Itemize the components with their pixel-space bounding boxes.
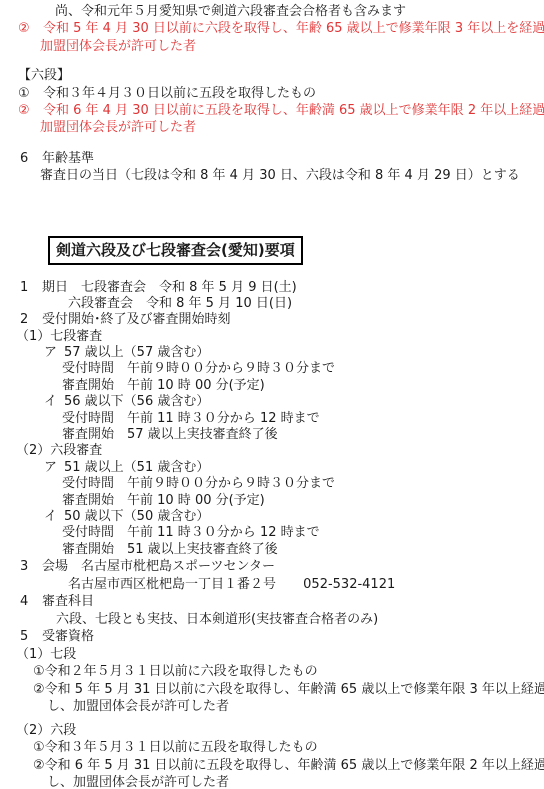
rokudan-group-i-reception-time: 受付時間 午前 11 時３０分から 12 時まで xyxy=(0,525,544,541)
section-number-5: 5 xyxy=(20,628,42,646)
eligibility-rokudan-item2-line2: し、加盟団体会長が許可した者 xyxy=(0,774,544,789)
eligibility-rokudan-item2-line1: ②令和 6 年 5 月 31 日以前に五段を取得し、年齢満 65 歳以上で修業年… xyxy=(0,757,544,775)
rokudan-item2-line2: 加盟団体会長が許可した者 xyxy=(0,119,544,136)
rokudan-group-i-age-text: 50 歳以下（50 歳含む） xyxy=(64,509,209,525)
age-standard-title: 年齢基準 xyxy=(42,150,94,167)
rokudan-item2-line1: 令和 6 年 4 月 30 日以前に五段を取得し、年齢満 65 歳以上で修業年限… xyxy=(43,102,544,119)
schedule-line1: 期日 七段審査会 令和 8 年 5 月 9 日(土) xyxy=(42,280,297,296)
venue-line1: 会場 名古屋市枇杷島スポーツセンター xyxy=(42,558,275,576)
section-number-3: 3 xyxy=(20,558,42,576)
kana-i-marker: イ xyxy=(44,394,64,410)
nanadan-item2-line2: 加盟団体会長が許可した者 xyxy=(0,38,544,55)
rokudan-group-i-age: イ 50 歳以下（50 歳含む） xyxy=(0,509,544,525)
section-number-1: 1 xyxy=(20,280,42,296)
rokudan-heading: 【六段】 xyxy=(0,67,544,84)
nanadan-condition-item-2: ② 令和 5 年 4 月 30 日以前に六段を取得し、年齢 65 歳以上で修業年… xyxy=(0,20,544,37)
venue-heading: 3 会場 名古屋市枇杷島スポーツセンター xyxy=(0,558,544,576)
circled-1-marker: ① xyxy=(18,85,43,102)
reception-heading: 2 受付開始･終了及び審査開始時刻 xyxy=(0,312,544,328)
nanadan-exam-subheading: （1）七段審査 xyxy=(0,329,544,345)
schedule-line2: 六段審査会 令和 8 年 5 月 10 日(日) xyxy=(0,296,544,312)
nanadan-group-a-exam-start: 審査開始 午前 10 時 00 分(予定) xyxy=(0,378,544,394)
venue-address: 名古屋市西区枇杷島一丁目１番２号 xyxy=(68,577,276,592)
eligibility-title: 受審資格 xyxy=(42,628,94,646)
age-standard-body: 審査日の当日（七段は令和 8 年 4 月 30 日、六段は令和 8 年 4 月 … xyxy=(0,167,544,184)
venue-phone: 052-532-4121 xyxy=(303,577,395,592)
circled-2-marker: ② xyxy=(18,102,43,119)
eligibility-nanadan-subheading: （1）七段 xyxy=(0,646,544,664)
subjects-heading: 4 審査科目 xyxy=(0,593,544,611)
rokudan-exam-subheading: （2）六段審査 xyxy=(0,443,544,459)
rokudan-group-a-age: ア 51 歳以上（51 歳含む） xyxy=(0,460,544,476)
subjects-body: 六段、七段とも実技、日本剣道形(実技審査合格者のみ) xyxy=(0,611,544,629)
reception-title: 受付開始･終了及び審査開始時刻 xyxy=(42,312,231,328)
eligibility-nanadan-item1: ①令和２年５月３１日以前に六段を取得したもの xyxy=(0,663,544,681)
eligibility-rokudan-item1: ①令和３年５月３１日以前に五段を取得したもの xyxy=(0,739,544,757)
subjects-title: 審査科目 xyxy=(42,593,94,611)
kana-a-marker: ア xyxy=(44,460,64,476)
nanadan-group-i-age: イ 56 歳以下（56 歳含む） xyxy=(0,394,544,410)
section-number-6: 6 xyxy=(20,150,42,167)
kana-i-marker: イ xyxy=(44,509,64,525)
venue-address-line: 名古屋市西区枇杷島一丁目１番２号 052-532-4121 xyxy=(0,576,544,594)
age-standard-heading: 6 年齢基準 xyxy=(0,150,544,167)
notice-body-section: 1 期日 七段審査会 令和 8 年 5 月 9 日(土) 六段審査会 令和 8 … xyxy=(0,280,544,559)
eligibility-nanadan-item2-line1: ②令和 5 年 5 月 31 日以前に六段を取得し、年齢満 65 歳以上で修業年… xyxy=(0,681,544,699)
nanadan-group-i-age-text: 56 歳以下（56 歳含む） xyxy=(64,394,209,410)
eligibility-rokudan-subheading: （2）六段 xyxy=(0,722,544,740)
rokudan-group-a-exam-start: 審査開始 午前 10 時 00 分(予定) xyxy=(0,493,544,509)
nanadan-group-a-age-text: 57 歳以上（57 歳含む） xyxy=(64,345,209,361)
nanadan-note-line: 尚、令和元年５月愛知県で剣道六段審査会合格者も含みます xyxy=(0,3,544,20)
nanadan-group-a-reception-time: 受付時間 午前９時００分から９時３０分まで xyxy=(0,361,544,377)
nanadan-group-i-exam-start: 審査開始 57 歳以上実技審査終了後 xyxy=(0,427,544,443)
eligibility-heading: 5 受審資格 xyxy=(0,628,544,646)
nanadan-group-i-reception-time: 受付時間 午前 11 時３０分から 12 時まで xyxy=(0,411,544,427)
rokudan-group-i-exam-start: 審査開始 51 歳以上実技審査終了後 xyxy=(0,542,544,558)
nanadan-group-a-age: ア 57 歳以上（57 歳含む） xyxy=(0,345,544,361)
nanadan-item2-line1: 令和 5 年 4 月 30 日以前に六段を取得し、年齢 65 歳以上で修業年限 … xyxy=(43,20,544,37)
rokudan-condition-item-1: ① 令和３年４月３０日以前に五段を取得したもの xyxy=(0,85,544,102)
circled-2-marker: ② xyxy=(18,20,43,37)
notice-lower-section: 3 会場 名古屋市枇杷島スポーツセンター 名古屋市西区枇杷島一丁目１番２号 05… xyxy=(0,558,544,789)
rokudan-condition-item-2: ② 令和 6 年 4 月 30 日以前に五段を取得し、年齢満 65 歳以上で修業… xyxy=(0,102,544,119)
schedule-heading: 1 期日 七段審査会 令和 8 年 5 月 9 日(土) xyxy=(0,280,544,296)
rokudan-group-a-age-text: 51 歳以上（51 歳含む） xyxy=(64,460,209,476)
section-number-2: 2 xyxy=(20,312,42,328)
kana-a-marker: ア xyxy=(44,345,64,361)
eligibility-nanadan-item2-line2: し、加盟団体会長が許可した者 xyxy=(0,698,544,716)
preamble-section: 尚、令和元年５月愛知県で剣道六段審査会合格者も含みます ② 令和 5 年 4 月… xyxy=(0,3,544,185)
rokudan-group-a-reception-time: 受付時間 午前９時００分から９時３０分まで xyxy=(0,476,544,492)
document-page: 尚、令和元年５月愛知県で剣道六段審査会合格者も含みます ② 令和 5 年 4 月… xyxy=(0,0,544,789)
notice-title-row: 剣道六段及び七段審査会(愛知)要項 xyxy=(0,236,544,265)
rokudan-item1-text: 令和３年４月３０日以前に五段を取得したもの xyxy=(43,85,316,102)
section-number-4: 4 xyxy=(20,593,42,611)
notice-title: 剣道六段及び七段審査会(愛知)要項 xyxy=(48,236,303,265)
